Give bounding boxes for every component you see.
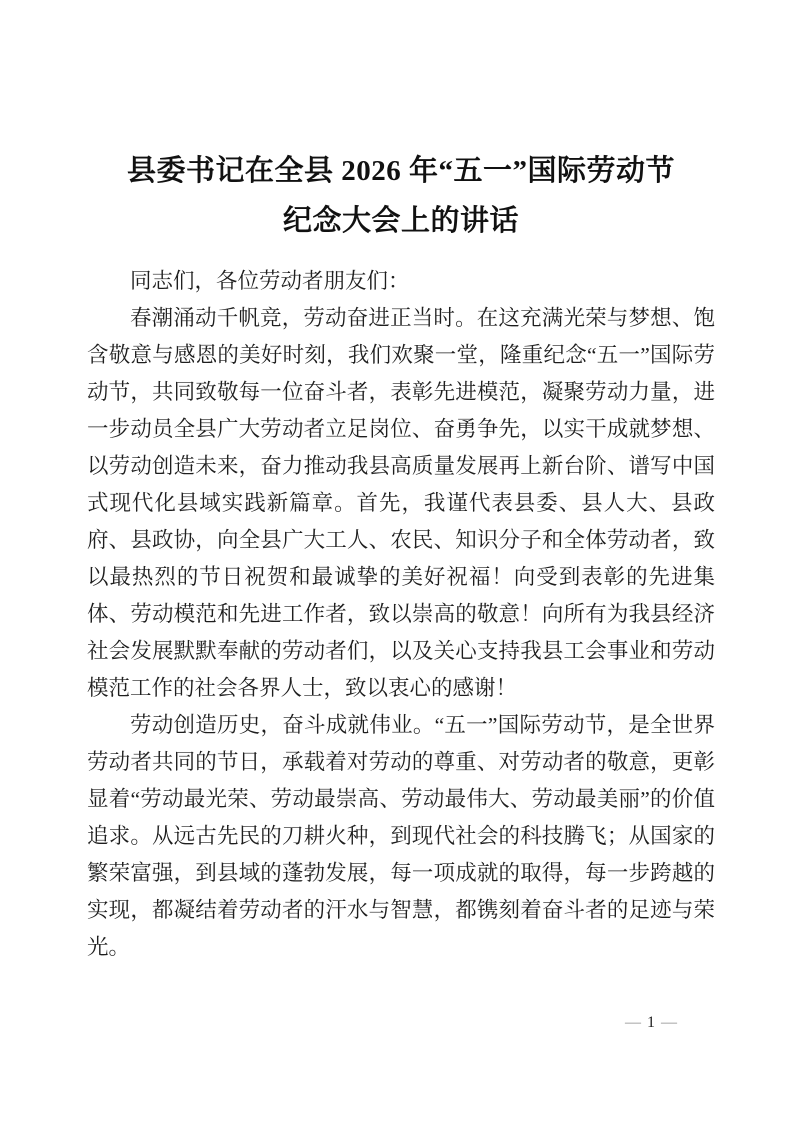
document-content: 县委书记在全县 2026 年“五一”国际劳动节 纪念大会上的讲话 同志们，各位劳… xyxy=(87,0,715,966)
document-body: 同志们，各位劳动者朋友们： 春潮涌动千帆竞，劳动奋进正当时。在这充满光荣与梦想、… xyxy=(87,263,715,966)
page-footer: —1— xyxy=(625,1012,677,1034)
footer-dash-right: — xyxy=(661,1014,677,1031)
body-paragraph-2: 劳动创造历史，奋斗成就伟业。“五一”国际劳动节，是全世界劳动者共同的节日，承载着… xyxy=(87,707,715,966)
document-title-line-1: 县委书记在全县 2026 年“五一”国际劳动节 xyxy=(87,146,715,196)
body-paragraph-1: 春潮涌动千帆竞，劳动奋进正当时。在这充满光荣与梦想、饱含敬意与感恩的美好时刻，我… xyxy=(87,300,715,707)
document-page: 县委书记在全县 2026 年“五一”国际劳动节 纪念大会上的讲话 同志们，各位劳… xyxy=(0,0,793,1122)
salutation-paragraph: 同志们，各位劳动者朋友们： xyxy=(87,263,715,300)
page-number: 1 xyxy=(647,1014,655,1031)
document-title: 县委书记在全县 2026 年“五一”国际劳动节 纪念大会上的讲话 xyxy=(87,146,715,246)
document-title-line-2: 纪念大会上的讲话 xyxy=(87,196,715,246)
footer-dash-left: — xyxy=(625,1014,641,1031)
